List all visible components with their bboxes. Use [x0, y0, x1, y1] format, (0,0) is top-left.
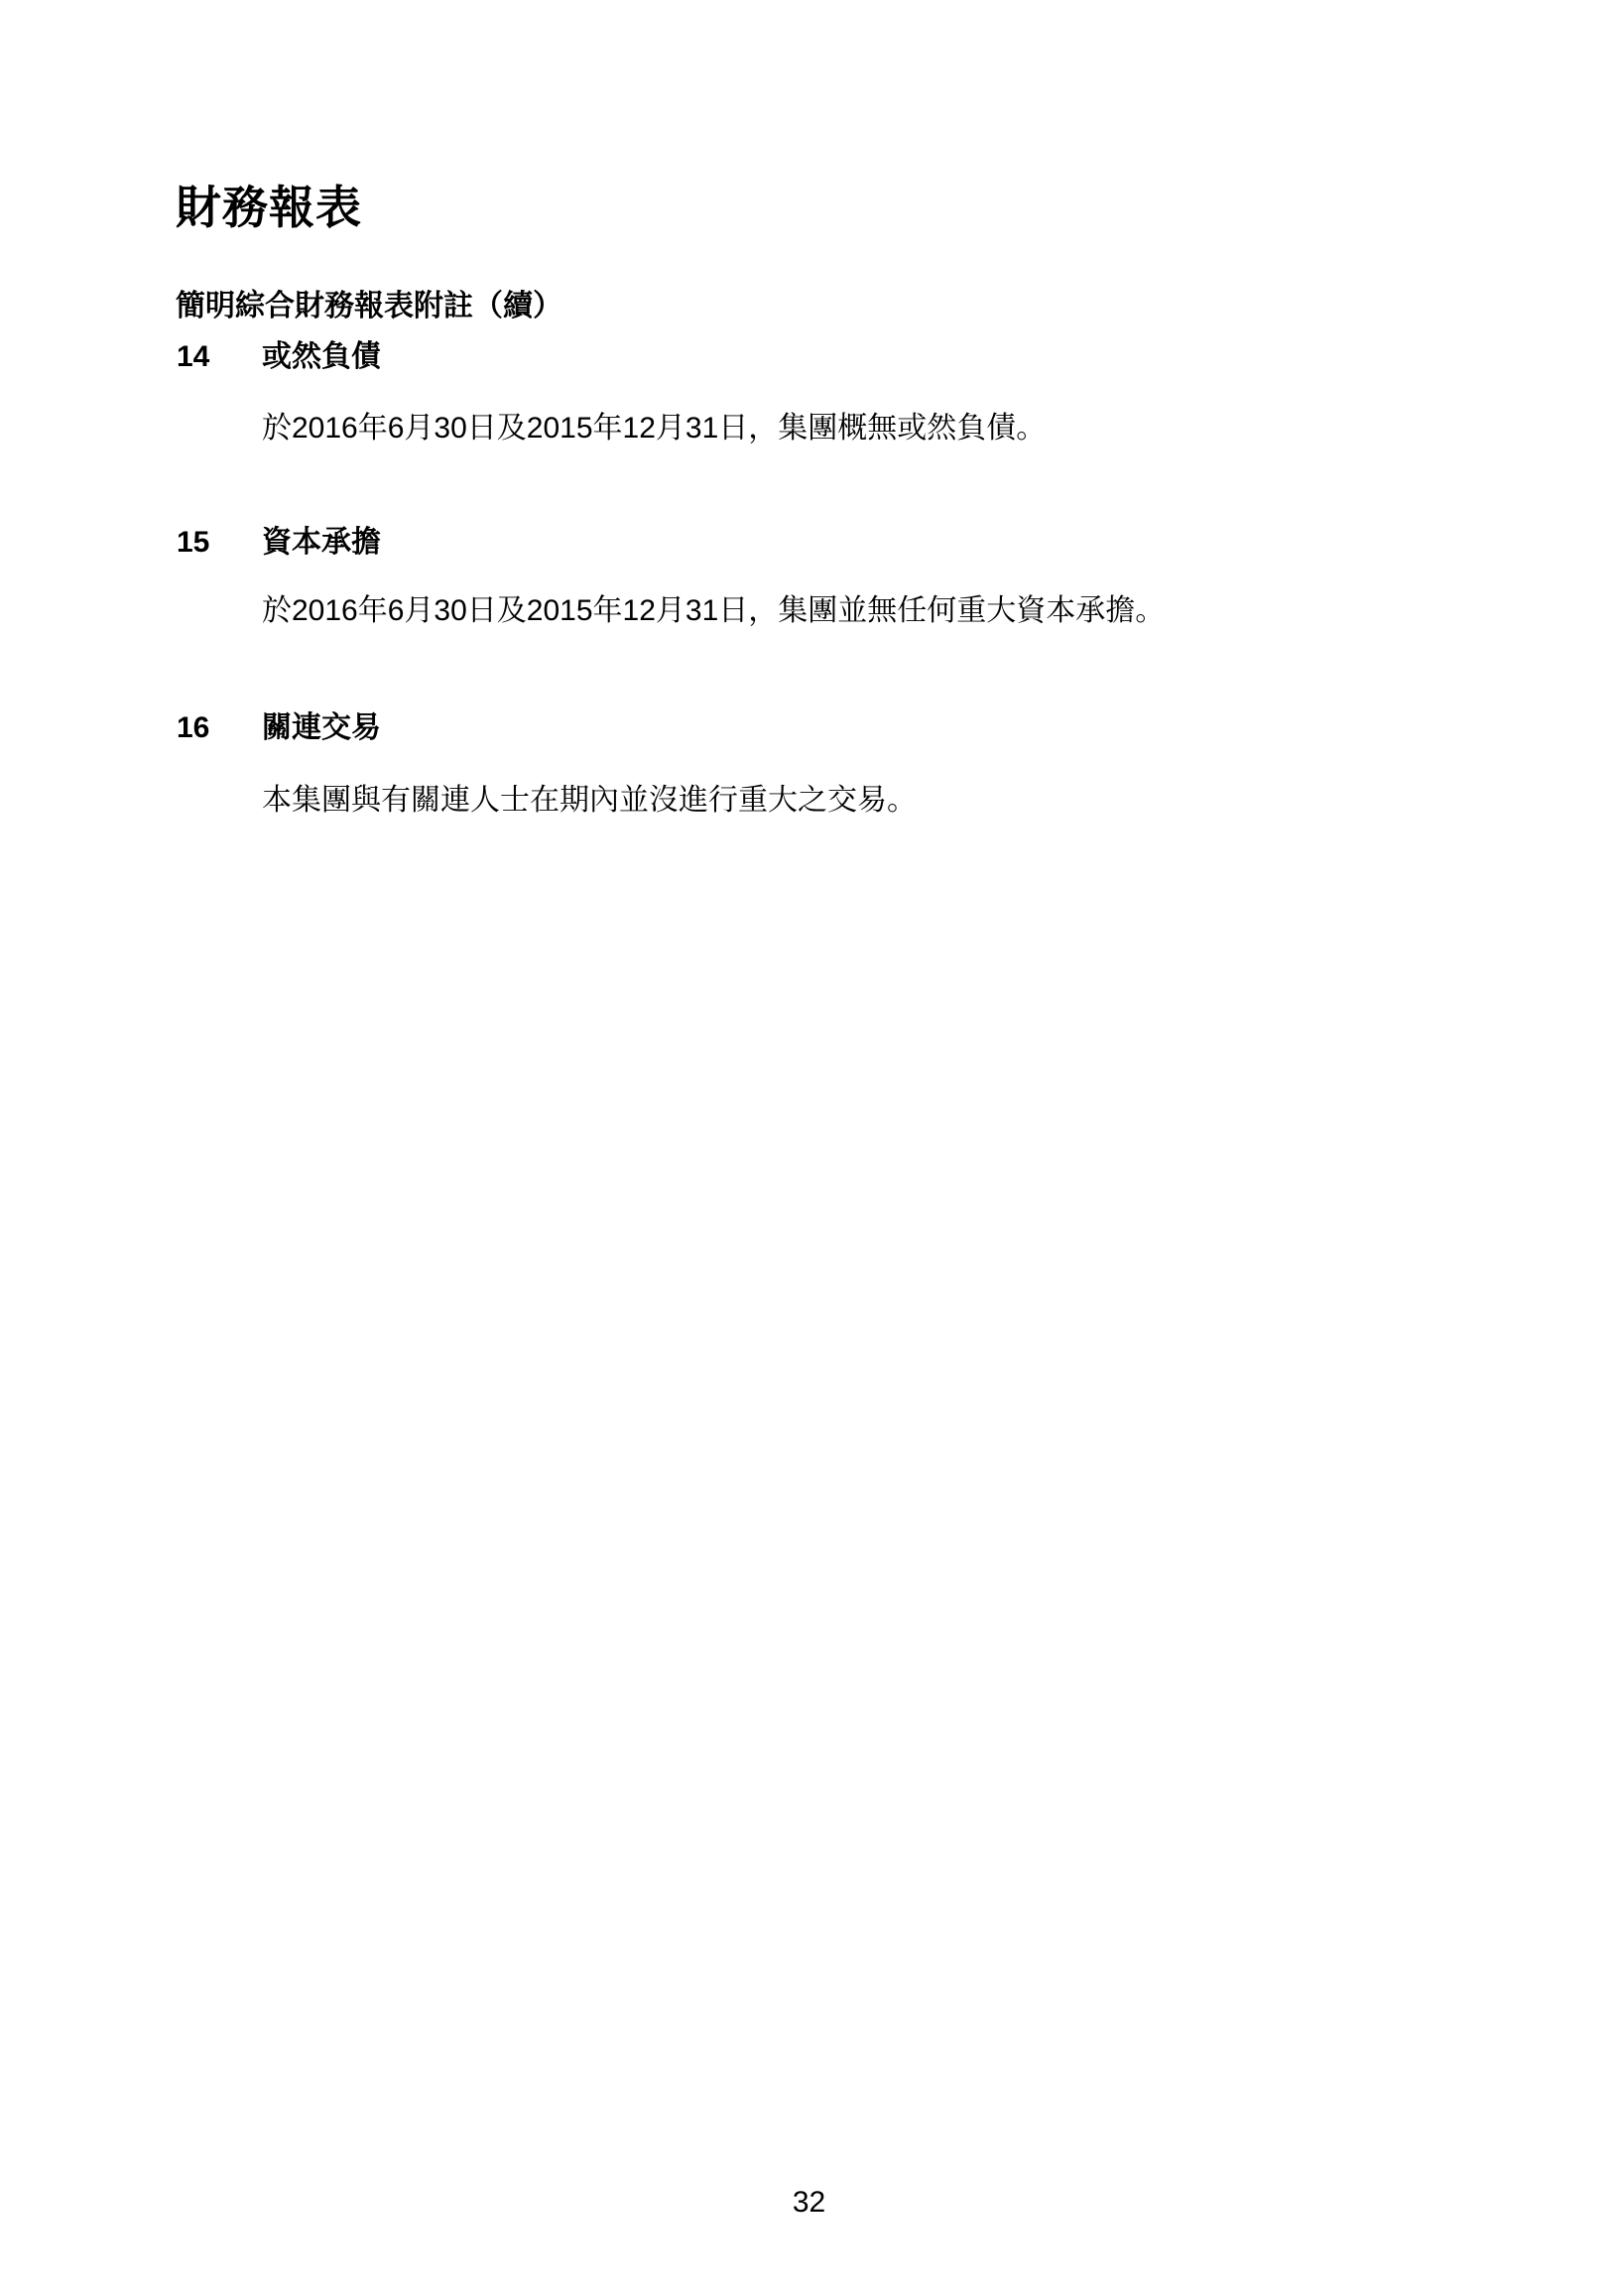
page-title: 財務報表 [176, 181, 362, 235]
document-page: 財務報表 簡明綜合財務報表附註（續） 14或然負債 於2016年6月30日及20… [0, 0, 1618, 2296]
section-15-heading-row: 15資本承擔 [177, 525, 381, 561]
section-body: 本集團與有關連人士在期內並沒進行重大之交易。 [262, 783, 917, 819]
section-number: 15 [177, 525, 262, 561]
section-body: 於2016年6月30日及2015年12月31日，集團概無或然負債。 [262, 411, 1046, 446]
section-number: 16 [177, 710, 262, 746]
section-14-heading-row: 14或然負債 [177, 339, 381, 375]
section-heading: 資本承擔 [262, 526, 381, 559]
document-subtitle: 簡明綜合財務報表附註（續） [176, 289, 562, 324]
section-heading: 或然負債 [262, 340, 381, 373]
section-number: 14 [177, 339, 262, 375]
page-number: 32 [0, 2185, 1618, 2221]
section-heading: 關連交易 [262, 711, 381, 744]
section-body: 於2016年6月30日及2015年12月31日，集團並無任何重大資本承擔。 [262, 593, 1165, 629]
section-16-heading-row: 16關連交易 [177, 710, 381, 746]
